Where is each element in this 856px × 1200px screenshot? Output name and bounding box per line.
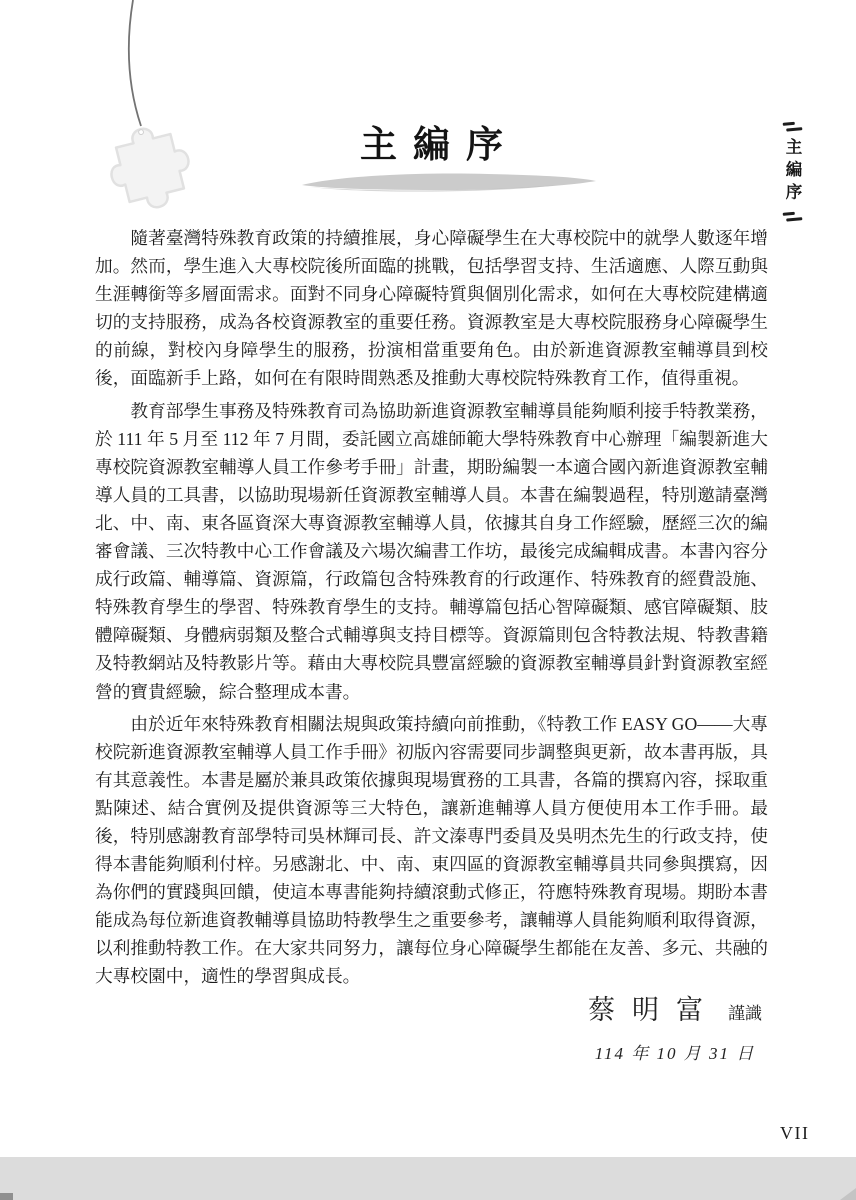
bottom-left-corner-chip — [0, 1193, 13, 1200]
bottom-right-corner-fold — [840, 1188, 856, 1200]
paragraph: 由於近年來特殊教育相關法規與政策持續向前推動，《特教工作 EASY GO——大專… — [95, 710, 768, 991]
chapter-side-tab: 主編序 — [779, 122, 805, 221]
signature-date: 114 年 10 月 31 日 — [585, 1039, 765, 1064]
signature-suffix: 謹識 — [728, 1004, 762, 1023]
author-name: 蔡明富 — [588, 995, 720, 1025]
page-title: 主編序 — [95, 114, 768, 168]
bottom-gray-band — [0, 1157, 856, 1200]
paragraph: 教育部學生事務及特殊教育司為協助新進資源教室輔導員能夠順利接手特教業務，於 11… — [95, 397, 768, 706]
signature-block: 蔡明富 謹識 114 年 10 月 31 日 — [585, 988, 765, 1064]
double-bar-icon — [782, 121, 802, 131]
paragraph: 隨著臺灣特殊教育政策的持續推展，身心障礙學生在大專校院中的就學人數逐年增加。然而… — [95, 224, 768, 393]
double-bar-icon — [782, 211, 802, 221]
brush-stroke-icon — [298, 166, 600, 196]
string — [129, 0, 141, 126]
document-page: 主編序 主編序 隨著臺灣特殊教育政策的持續推展，身心障礙學生在大專校院中的就學人… — [0, 0, 856, 1200]
side-tab-label: 主編序 — [780, 138, 804, 206]
signature-line: 蔡明富 謹識 — [585, 988, 765, 1027]
title-block: 主編序 — [95, 114, 768, 168]
page-number: VII — [780, 1123, 810, 1144]
preface-body: 隨著臺灣特殊教育政策的持續推展，身心障礙學生在大專校院中的就學人數逐年增加。然而… — [95, 224, 768, 995]
